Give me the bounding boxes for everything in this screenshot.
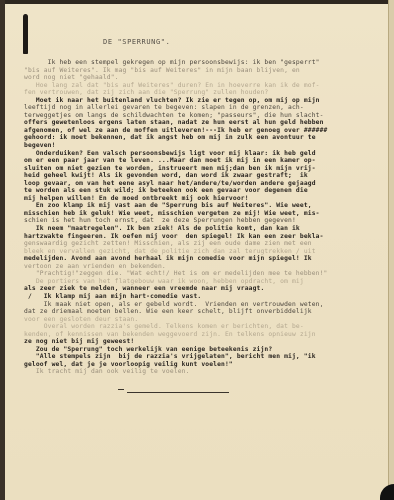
text-line: gehoord: ik moet bekennen, dat ik angst … [24, 134, 384, 142]
text-line: Overal worden razzia's gemeld. Telkens k… [24, 323, 384, 331]
end-dash [118, 389, 124, 390]
text-line: offers gewetenloos ergens laten staan, n… [24, 119, 384, 127]
text-line: word nog niet "gehaald". [24, 74, 384, 82]
text-line: Ik heb een stempel gekregen op mijn pers… [24, 59, 384, 67]
text-line: Hoe lang zal dat "bis auf Weiteres" dure… [24, 82, 384, 90]
text-line: voor een gesloten deur staan. [24, 316, 384, 324]
text-line: medelijden. Avond aan avond herhaal ik m… [24, 255, 384, 263]
document-title: DE "SPERRUNG". [103, 38, 170, 46]
text-line: "Alle stempels zijn bij de razzia's vrij… [24, 353, 384, 361]
text-line: fen vertrouwen, dat zij zich aan die "Sp… [24, 89, 384, 97]
text-line: Moet ik naar het buitenland vluchten? Ik… [24, 97, 384, 105]
text-line: vertoon ze aan vrienden en bekenden. [24, 263, 384, 271]
text-line: schien is het hun toch ernst, dat ze dez… [24, 217, 384, 225]
text-line: te worden als een stuk wild; ik beteeken… [24, 187, 384, 195]
text-line: als zeer ziek te melden, wanneer een vre… [24, 285, 384, 293]
page-top-edge [0, 0, 394, 4]
text-line: genswaardig gezicht zetten! Misschien, a… [24, 240, 384, 248]
text-line: "Prachtig!"zeggen die. "Wat echt!/ Het i… [24, 270, 384, 278]
end-rule [127, 392, 229, 393]
page-left-edge [0, 0, 5, 500]
text-line: heid geheel kwijt! Als ik gevonden word,… [24, 172, 384, 180]
text-line: Ik maak niet open, als er gebeld wordt. … [24, 301, 384, 309]
text-line: Ik neem "maatregelen". Ik ben ziek! Als … [24, 225, 384, 233]
text-line: om er een paar jaar van te leven. ...Maa… [24, 157, 384, 165]
text-line: hartzwakte fingeeren. Ik oefen mij voor … [24, 233, 384, 241]
document-body: Ik heb een stempel gekregen op mijn pers… [24, 59, 384, 376]
ink-mark-icon [23, 14, 28, 54]
text-line: leeftijd nog in allerlei gevaren te bege… [24, 104, 384, 112]
text-line: misschien heb ik geluk! Wie weet, missch… [24, 210, 384, 218]
text-line: "bis auf Weiteres". Ik mag "bis auf Weit… [24, 67, 384, 75]
text-line: begeven! [24, 142, 384, 150]
text-line: En zoo klamp ik mij vast aan de "Sperrun… [24, 202, 384, 210]
text-line: Onderduiken? Een valsch persoonsbewijs l… [24, 150, 384, 158]
text-line: Ik tracht mij dan ook veilig te voelen. [24, 368, 384, 376]
page-right-edge [388, 0, 394, 500]
text-line: dat ze driemaal moeten bellen. Wie een k… [24, 308, 384, 316]
text-line: / Ik klamp mij aan mijn hart-comedie vas… [24, 293, 384, 301]
text-line: ze nog niet bij mij geweest! [24, 338, 384, 346]
text-line: geloof wel, dat je je voorloopig veilig … [24, 361, 384, 369]
text-line: terweggetjes om langs de schildwachten t… [24, 112, 384, 120]
